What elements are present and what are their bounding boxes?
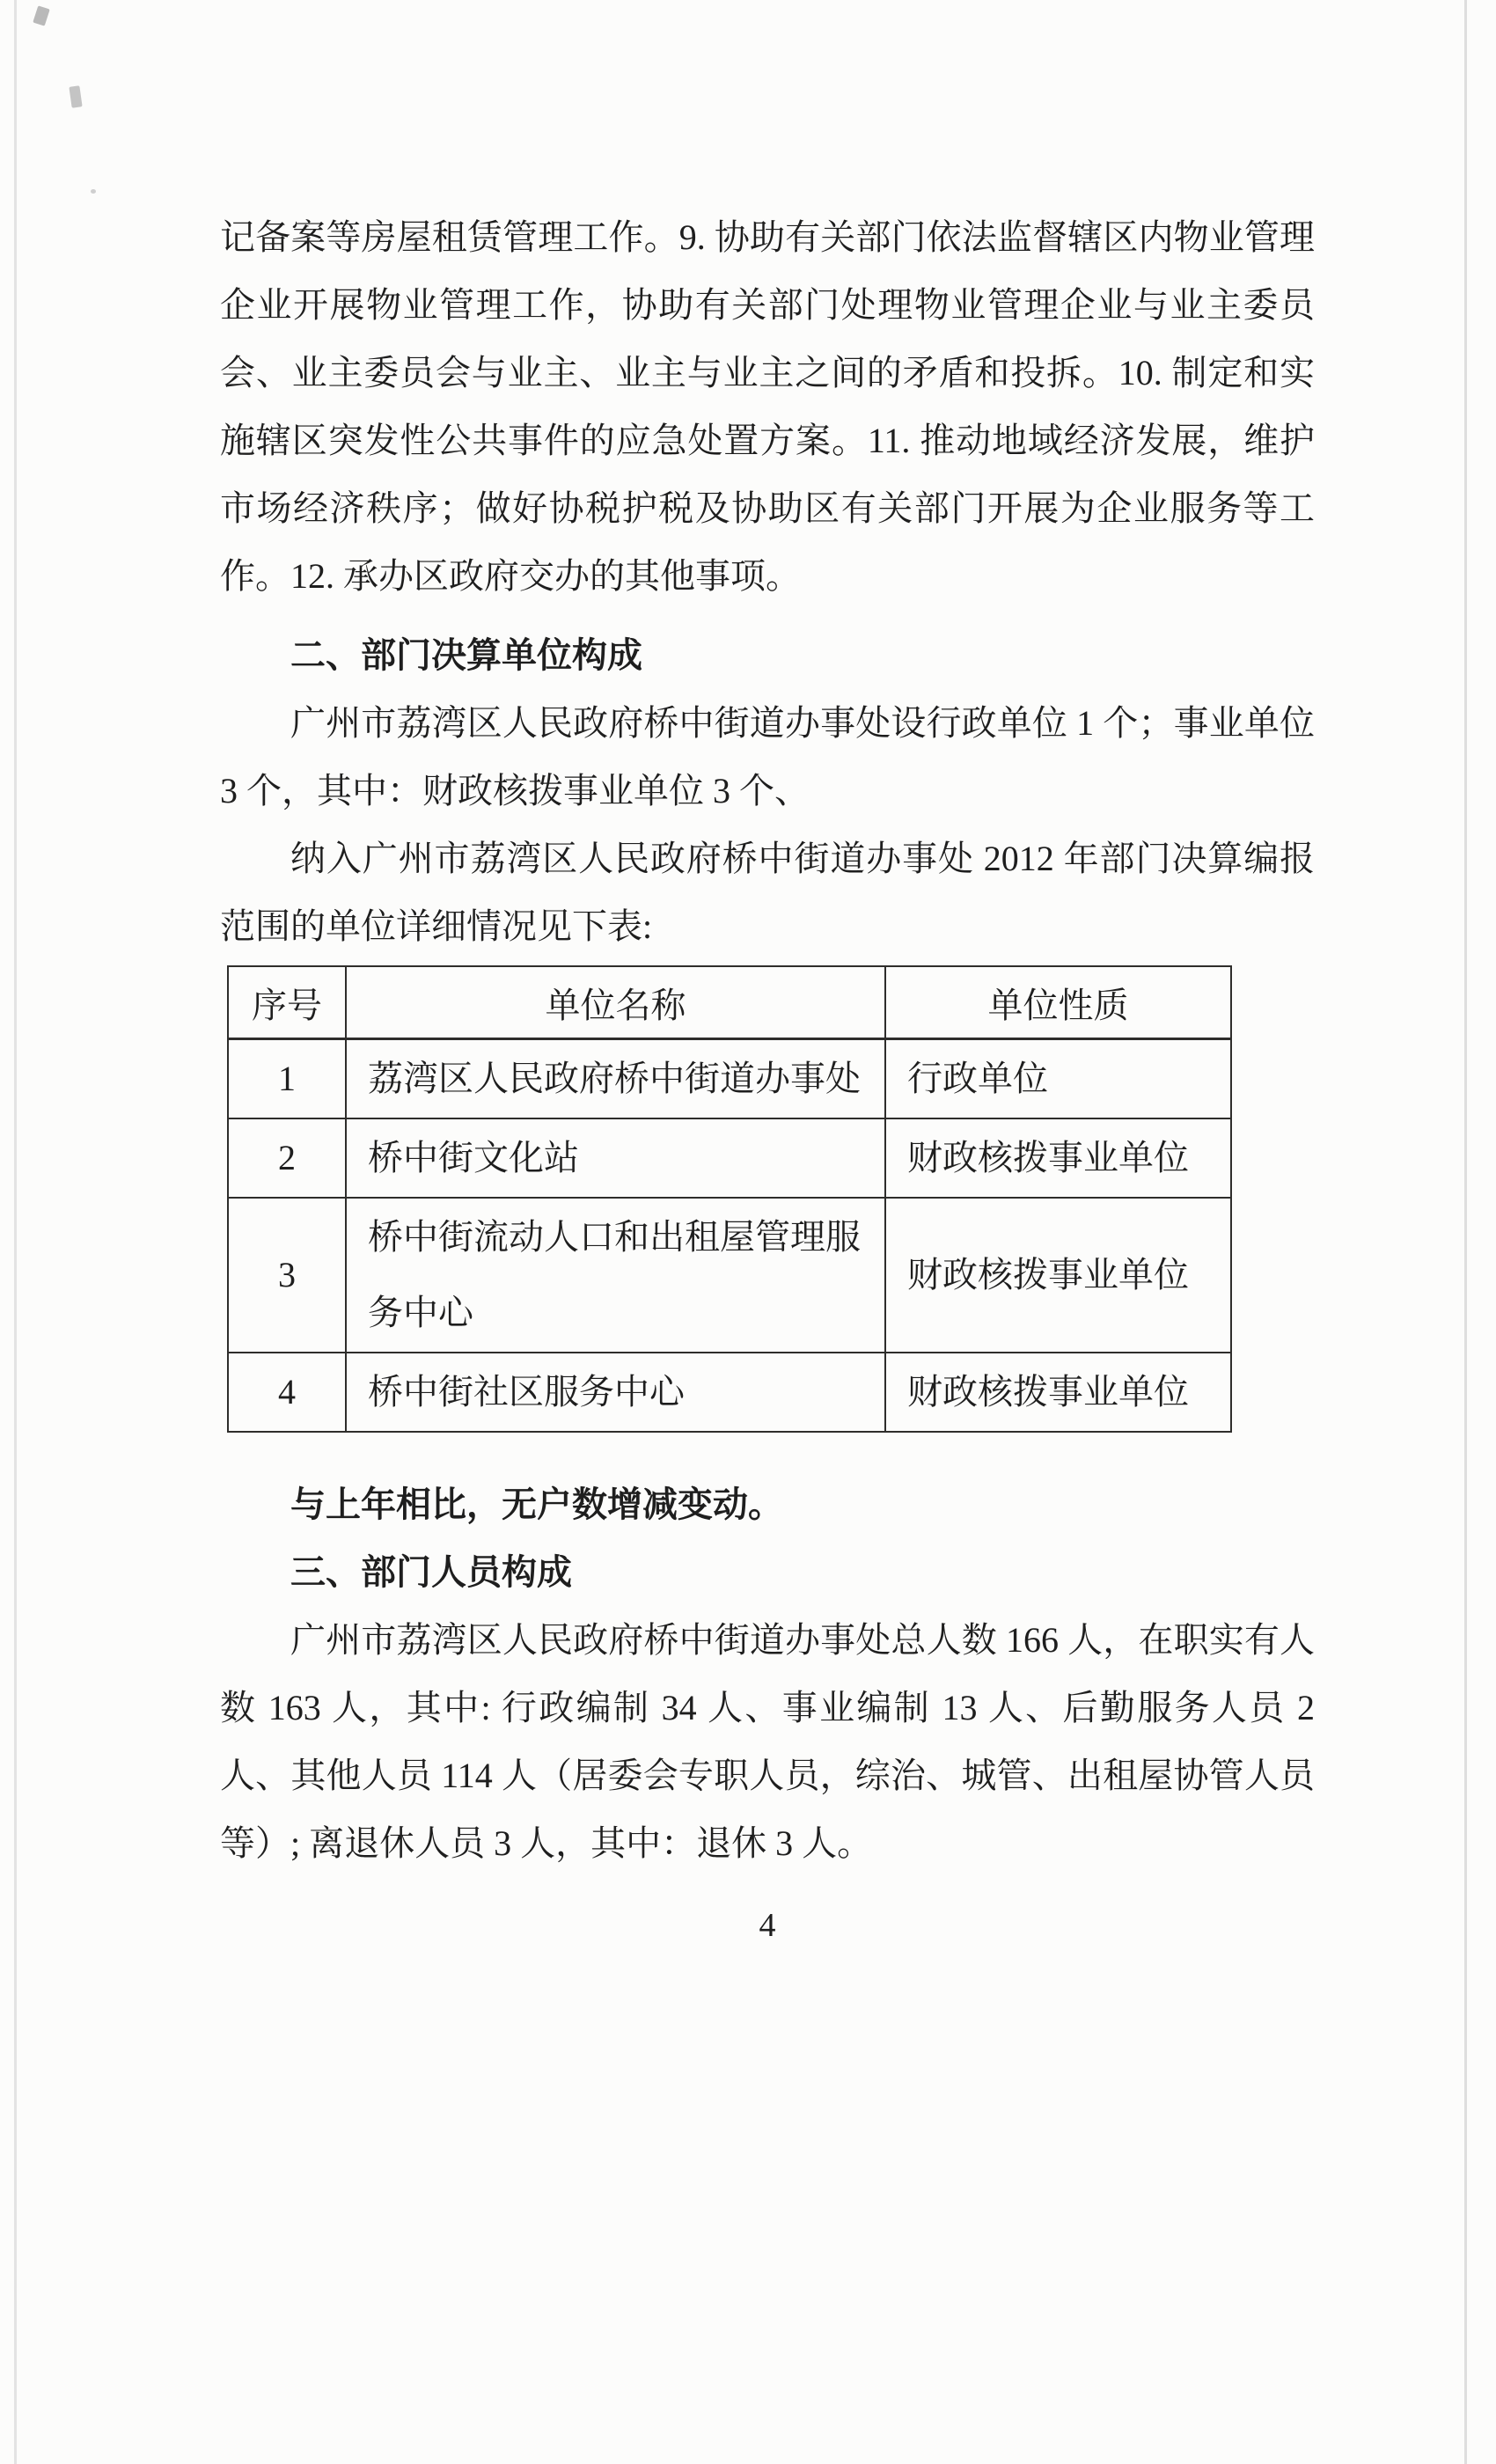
scan-artifact <box>33 5 49 26</box>
cell-unit-type: 行政单位 <box>885 1039 1231 1119</box>
cell-unit-type: 财政核拨事业单位 <box>885 1198 1231 1353</box>
cell-index: 4 <box>228 1353 346 1432</box>
cell-unit-type: 财政核拨事业单位 <box>885 1118 1231 1198</box>
table-header-row: 序号 单位名称 单位性质 <box>228 966 1231 1039</box>
cell-index: 3 <box>228 1198 346 1353</box>
cell-unit-type: 财政核拨事业单位 <box>885 1353 1231 1432</box>
table-row: 2 桥中街文化站 财政核拨事业单位 <box>228 1118 1231 1198</box>
table-row: 3 桥中街流动人口和出租屋管理服务中心 财政核拨事业单位 <box>228 1198 1231 1353</box>
scan-artifact <box>69 85 82 107</box>
section-heading-unit-composition: 二、部门决算单位构成 <box>220 621 1315 689</box>
units-table: 序号 单位名称 单位性质 1 荔湾区人民政府桥中街道办事处 行政单位 2 桥中街… <box>227 965 1232 1433</box>
paragraph-unit-counts: 广州市荔湾区人民政府桥中街道办事处设行政单位 1 个；事业单位 3 个，其中：财… <box>220 689 1315 825</box>
paragraph-personnel-numbers: 广州市荔湾区人民政府桥中街道办事处总人数 166 人，在职实有人数 163 人，… <box>220 1606 1315 1877</box>
column-header-index: 序号 <box>228 966 346 1039</box>
scan-edge-line-right <box>1464 0 1467 2464</box>
paragraph-no-change-note: 与上年相比，无户数增减变动。 <box>220 1470 1315 1538</box>
scanned-document-page: 记备案等房屋租赁管理工作。9. 协助有关部门依法监督辖区内物业管理企业开展物业管… <box>0 0 1496 2464</box>
table-row: 1 荔湾区人民政府桥中街道办事处 行政单位 <box>228 1039 1231 1119</box>
cell-index: 1 <box>228 1039 346 1119</box>
cell-unit-name: 桥中街社区服务中心 <box>346 1353 885 1432</box>
column-header-unit-name: 单位名称 <box>346 966 885 1039</box>
cell-unit-name: 桥中街文化站 <box>346 1118 885 1198</box>
scan-edge-line-left <box>14 0 17 2464</box>
section-heading-personnel: 三、部门人员构成 <box>220 1538 1315 1606</box>
page-number: 4 <box>220 1906 1315 1945</box>
cell-unit-name: 桥中街流动人口和出租屋管理服务中心 <box>346 1198 885 1353</box>
cell-index: 2 <box>228 1118 346 1198</box>
scan-artifact <box>91 189 96 194</box>
document-body: 记备案等房屋租赁管理工作。9. 协助有关部门依法监督辖区内物业管理企业开展物业管… <box>220 203 1315 1877</box>
paragraph-duties-continuation: 记备案等房屋租赁管理工作。9. 协助有关部门依法监督辖区内物业管理企业开展物业管… <box>220 203 1315 610</box>
paragraph-table-intro: 纳入广州市荔湾区人民政府桥中街道办事处 2012 年部门决算编报范围的单位详细情… <box>220 825 1315 960</box>
column-header-unit-type: 单位性质 <box>885 966 1231 1039</box>
cell-unit-name: 荔湾区人民政府桥中街道办事处 <box>346 1039 885 1119</box>
table-row: 4 桥中街社区服务中心 财政核拨事业单位 <box>228 1353 1231 1432</box>
